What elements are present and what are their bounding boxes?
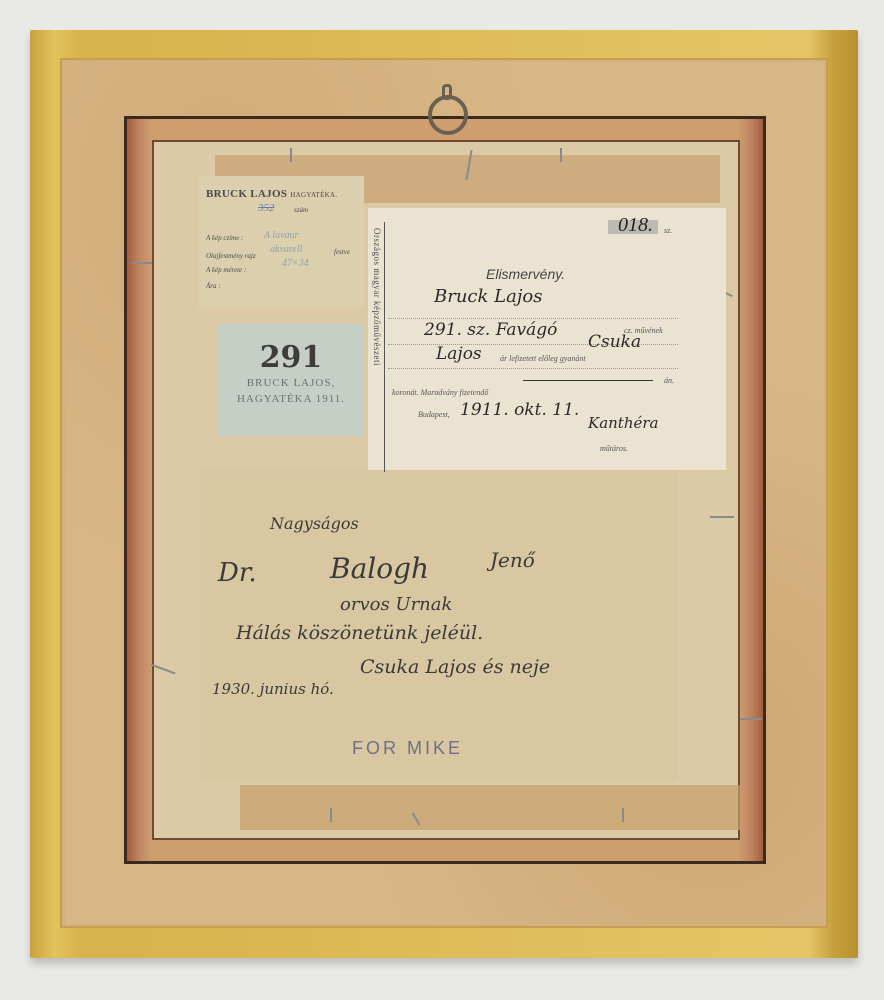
receipt-title: Elismervény.: [486, 266, 565, 282]
receipt-serial: 018.: [618, 214, 653, 237]
receipt-buyer: Csuka: [588, 332, 641, 352]
register-heading: BRUCK LAJOS HAGYATÉKA.: [206, 188, 337, 200]
dedication-firstname: Jenő: [490, 548, 535, 572]
receipt-elismerveny: Országos magyar képzőművészeti 018. sz. …: [368, 208, 726, 470]
nail-icon: [560, 148, 562, 162]
dedication-surname: Balogh: [330, 552, 429, 585]
handwritten-title: A lavaur: [264, 230, 299, 241]
paper-tape-bottom: [240, 785, 740, 830]
register-number-label: szám: [294, 206, 308, 214]
dedication-thanks: Hálás köszönetünk jeléül.: [236, 622, 483, 644]
lot-number: 291: [218, 340, 364, 375]
handwritten-technique: akvarell: [270, 244, 302, 255]
receipt-name: Lajos: [436, 344, 482, 364]
dedication-signers: Csuka Lajos és neje: [360, 656, 550, 678]
dedication-occupation: orvos Urnak: [340, 594, 452, 615]
nail-icon: [710, 516, 734, 518]
dotted-line: [388, 318, 678, 319]
dedication-salutation: Nagyságos: [270, 514, 359, 533]
field-title-label: A kép czíme :: [206, 234, 243, 242]
receipt-date: 1911. okt. 11.: [460, 400, 579, 420]
receipt-signature: Kanthéra: [588, 414, 659, 432]
dedication-date: 1930. junius hó.: [212, 680, 334, 698]
nail-icon: [330, 808, 332, 822]
field-price-label: Ára :: [206, 282, 221, 290]
dotted-line: [388, 368, 678, 369]
receipt-amount-line: [523, 380, 653, 381]
receipt-work: 291. sz. Favágó: [424, 320, 557, 340]
label-eloleg: ár lefizetett előleg gyanánt: [500, 354, 586, 363]
receipt-serial-label: sz.: [664, 226, 672, 235]
nail-icon: [290, 148, 292, 162]
field-size-label: A kép mérete :: [206, 266, 246, 274]
dedication-title: Dr.: [218, 558, 257, 588]
label-place: Budapest,: [418, 410, 450, 419]
ring-hanger-icon: [428, 95, 468, 135]
lot-number-label: 291 BRUCK LAJOS, HAGYATÉKA 1911.: [218, 324, 364, 436]
for-mike-note: FOR MIKE: [352, 738, 463, 759]
nail-icon: [740, 718, 762, 720]
nail-icon: [622, 808, 624, 822]
estate-register-label: BRUCK LAJOS HAGYATÉKA. 352 szám A kép cz…: [198, 176, 364, 308]
register-number: 352: [258, 202, 275, 214]
label-mutaros: műtáros.: [600, 444, 628, 453]
lot-label-line2: HAGYATÉKA 1911.: [218, 391, 364, 407]
lot-label-line1: BRUCK LAJOS,: [218, 375, 364, 391]
festve-label: festve: [334, 248, 350, 256]
label-koronat: koronát. Maradvány fizetendő: [392, 388, 488, 397]
field-technique-label: Olajfestmény rajz: [206, 252, 256, 260]
label-an: án.: [664, 376, 674, 385]
handwritten-size: 47×34: [282, 258, 309, 269]
receipt-side-strip: Országos magyar képzőművészeti: [368, 222, 385, 472]
receipt-artist: Bruck Lajos: [434, 286, 542, 307]
nail-icon: [132, 262, 152, 264]
